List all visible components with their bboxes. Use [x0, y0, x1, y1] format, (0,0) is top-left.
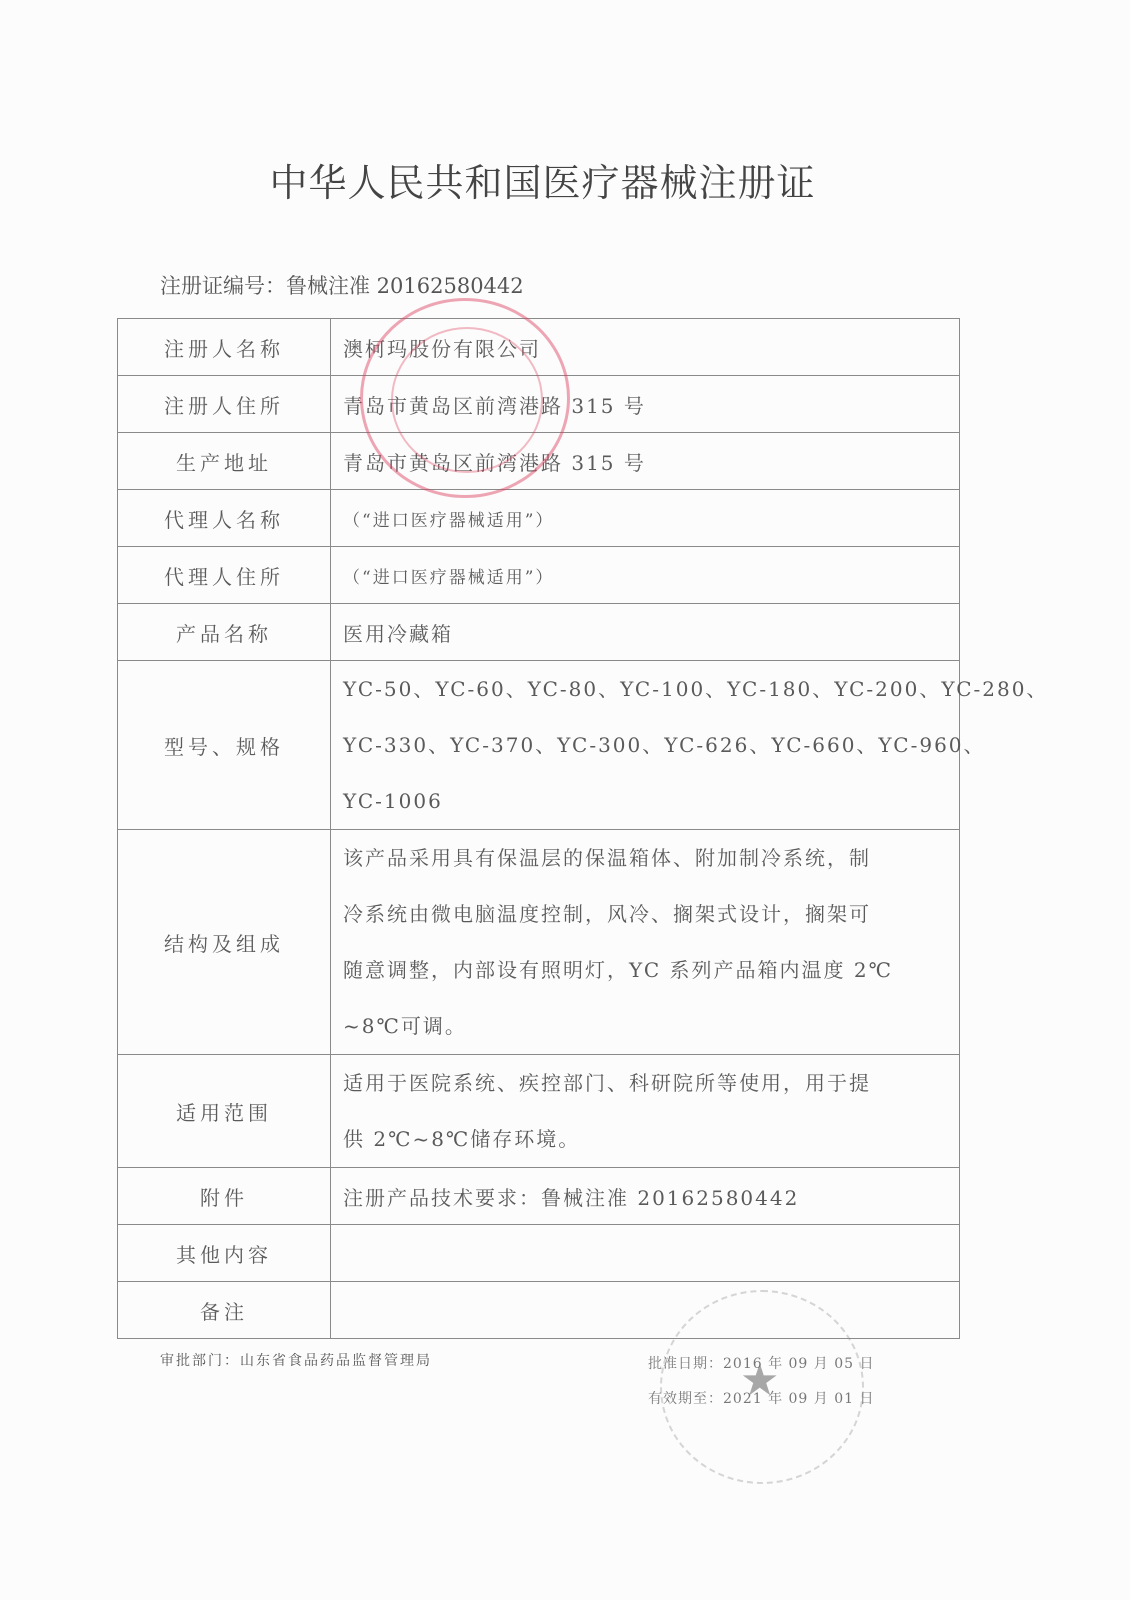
- label-scope: 适用范围: [118, 1055, 331, 1168]
- row-scope: 适用范围 适用于医院系统、疾控部门、科研院所等使用，用于提 供 2℃~8℃储存环…: [118, 1055, 960, 1168]
- label-agent-name: 代理人名称: [118, 490, 331, 547]
- approval-date: 批准日期：2016 年 09 月 05 日: [648, 1353, 875, 1373]
- value-registrant-name: 澳柯玛股份有限公司: [331, 319, 960, 376]
- label-agent-address: 代理人住所: [118, 547, 331, 604]
- registration-number-label: 注册证编号：: [160, 274, 286, 298]
- label-attachment: 附件: [118, 1168, 331, 1225]
- value-remarks: [331, 1282, 960, 1339]
- model-spec-line: YC-330、YC-370、YC-300、YC-626、YC-660、YC-96…: [343, 717, 949, 773]
- value-production-address: 青岛市黄岛区前湾港路 315 号: [331, 433, 960, 490]
- label-registrant-name: 注册人名称: [118, 319, 331, 376]
- structure-line: 该产品采用具有保温层的保温箱体、附加制冷系统，制: [343, 830, 949, 886]
- row-registrant-address: 注册人住所 青岛市黄岛区前湾港路 315 号: [118, 376, 960, 433]
- row-production-address: 生产地址 青岛市黄岛区前湾港路 315 号: [118, 433, 960, 490]
- valid-until-date: 有效期至：2021 年 09 月 01 日: [648, 1388, 875, 1408]
- scope-line: 供 2℃~8℃储存环境。: [343, 1111, 949, 1167]
- label-registrant-address: 注册人住所: [118, 376, 331, 433]
- label-model-spec: 型号、规格: [118, 661, 331, 830]
- value-other: [331, 1225, 960, 1282]
- model-spec-line: YC-1006: [343, 773, 949, 829]
- value-structure: 该产品采用具有保温层的保温箱体、附加制冷系统，制 冷系统由微电脑温度控制，风冷、…: [331, 830, 960, 1055]
- value-attachment: 注册产品技术要求：鲁械注准 20162580442: [331, 1168, 960, 1225]
- label-other: 其他内容: [118, 1225, 331, 1282]
- structure-line: 冷系统由微电脑温度控制，风冷、搁架式设计，搁架可: [343, 886, 949, 942]
- row-remarks: 备注: [118, 1282, 960, 1339]
- registration-number: 鲁械注准 20162580442: [286, 274, 524, 298]
- scope-line: 适用于医院系统、疾控部门、科研院所等使用，用于提: [343, 1055, 949, 1111]
- label-structure: 结构及组成: [118, 830, 331, 1055]
- label-production-address: 生产地址: [118, 433, 331, 490]
- row-model-spec: 型号、规格 YC-50、YC-60、YC-80、YC-100、YC-180、YC…: [118, 661, 960, 830]
- row-agent-name: 代理人名称 （“进口医疗器械适用”）: [118, 490, 960, 547]
- approval-department: 审批部门：山东省食品药品监督管理局: [160, 1350, 432, 1370]
- value-agent-name: （“进口医疗器械适用”）: [331, 490, 960, 547]
- structure-line: 随意调整，内部设有照明灯，YC 系列产品箱内温度 2℃: [343, 942, 949, 998]
- value-model-spec: YC-50、YC-60、YC-80、YC-100、YC-180、YC-200、Y…: [331, 661, 960, 830]
- value-scope: 适用于医院系统、疾控部门、科研院所等使用，用于提 供 2℃~8℃储存环境。: [331, 1055, 960, 1168]
- value-product-name: 医用冷藏箱: [331, 604, 960, 661]
- value-agent-address: （“进口医疗器械适用”）: [331, 547, 960, 604]
- row-product-name: 产品名称 医用冷藏箱: [118, 604, 960, 661]
- row-attachment: 附件 注册产品技术要求：鲁械注准 20162580442: [118, 1168, 960, 1225]
- row-structure: 结构及组成 该产品采用具有保温层的保温箱体、附加制冷系统，制 冷系统由微电脑温度…: [118, 830, 960, 1055]
- label-remarks: 备注: [118, 1282, 331, 1339]
- label-product-name: 产品名称: [118, 604, 331, 661]
- structure-line: ~8℃可调。: [343, 998, 949, 1054]
- value-registrant-address: 青岛市黄岛区前湾港路 315 号: [331, 376, 960, 433]
- row-agent-address: 代理人住所 （“进口医疗器械适用”）: [118, 547, 960, 604]
- row-other: 其他内容: [118, 1225, 960, 1282]
- certificate-table: 注册人名称 澳柯玛股份有限公司 注册人住所 青岛市黄岛区前湾港路 315 号 生…: [117, 318, 960, 1339]
- row-registrant-name: 注册人名称 澳柯玛股份有限公司: [118, 319, 960, 376]
- registration-number-line: 注册证编号：鲁械注准 20162580442: [160, 270, 524, 300]
- certificate-title: 中华人民共和国医疗器械注册证: [0, 152, 1085, 207]
- model-spec-line: YC-50、YC-60、YC-80、YC-100、YC-180、YC-200、Y…: [343, 661, 949, 717]
